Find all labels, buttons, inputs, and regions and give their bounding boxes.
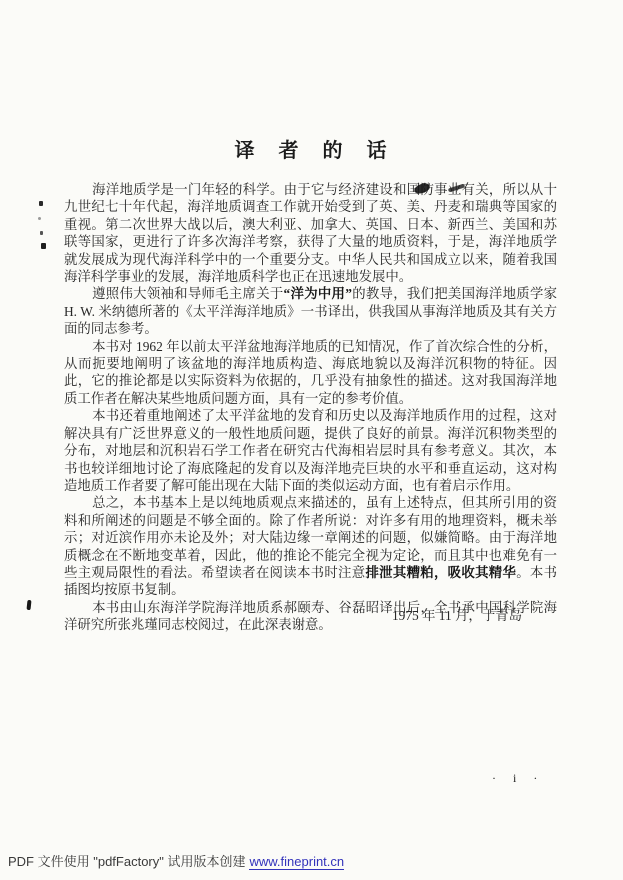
date-signature: 1975 年 11 月，于青岛 (392, 605, 522, 624)
margin-dot-artifact (39, 201, 43, 206)
preface-body: 海洋地质学是一门年轻的科学。由于它与经济建设和国防事业有关，所以从十九世纪七十年… (64, 181, 557, 634)
margin-tick-artifact (26, 600, 31, 610)
paragraph-4: 本书还着重地阐述了太平洋盆地的发育和历史以及海洋地质作用的过程，这对解决具有广泛… (64, 407, 557, 494)
paragraph-4-text: 本书还着重地阐述了太平洋盆地的发育和历史以及海洋地质作用的过程，这对解决具有广泛… (64, 408, 557, 493)
paragraph-1-text: 海洋地质学是一门年轻的科学。由于它与经济建设和国防事业有关，所以从十九世纪七十年… (64, 182, 557, 284)
paragraph-2: 遵照伟大领袖和导师毛主席关于“洋为中用”的教导，我们把美国海洋地质学家 H. W… (64, 285, 557, 337)
paragraph-2-text-pre: 遵照伟大领袖和导师毛主席关于 (92, 286, 283, 301)
page-number: · i · (492, 771, 544, 786)
paragraph-5-bold-phrase: 排泄其糟粕，吸收其精华 (365, 565, 516, 580)
paragraph-1: 海洋地质学是一门年轻的科学。由于它与经济建设和国防事业有关，所以从十九世纪七十年… (64, 181, 557, 285)
scanned-document-page: 译 者 的 话 海洋地质学是一门年轻的科学。由于它与经济建设和国防事业有关，所以… (0, 0, 623, 880)
paragraph-3: 本书对 1962 年以前太平洋盆地海洋地质的已知情况，作了首次综合性的分析，从而… (64, 338, 557, 408)
watermark-text: PDF 文件使用 "pdfFactory" 试用版本创建 (8, 854, 245, 869)
margin-dot-artifact (40, 231, 43, 235)
page-title: 译 者 的 话 (0, 134, 623, 163)
paragraph-3-text: 本书对 1962 年以前太平洋盆地海洋地质的已知情况，作了首次综合性的分析，从而… (64, 339, 557, 406)
margin-dot-artifact (38, 217, 41, 220)
paragraph-2-bold-phrase: “洋为中用” (284, 286, 352, 301)
fineprint-link[interactable]: www.fineprint.cn (249, 854, 344, 870)
margin-dot-artifact (41, 243, 46, 249)
pdf-watermark: PDF 文件使用 "pdfFactory" 试用版本创建www.fineprin… (8, 851, 344, 870)
paragraph-5: 总之，本书基本上是以纯地质观点来描述的，虽有上述特点，但其所引用的资料和所阐述的… (64, 494, 557, 598)
